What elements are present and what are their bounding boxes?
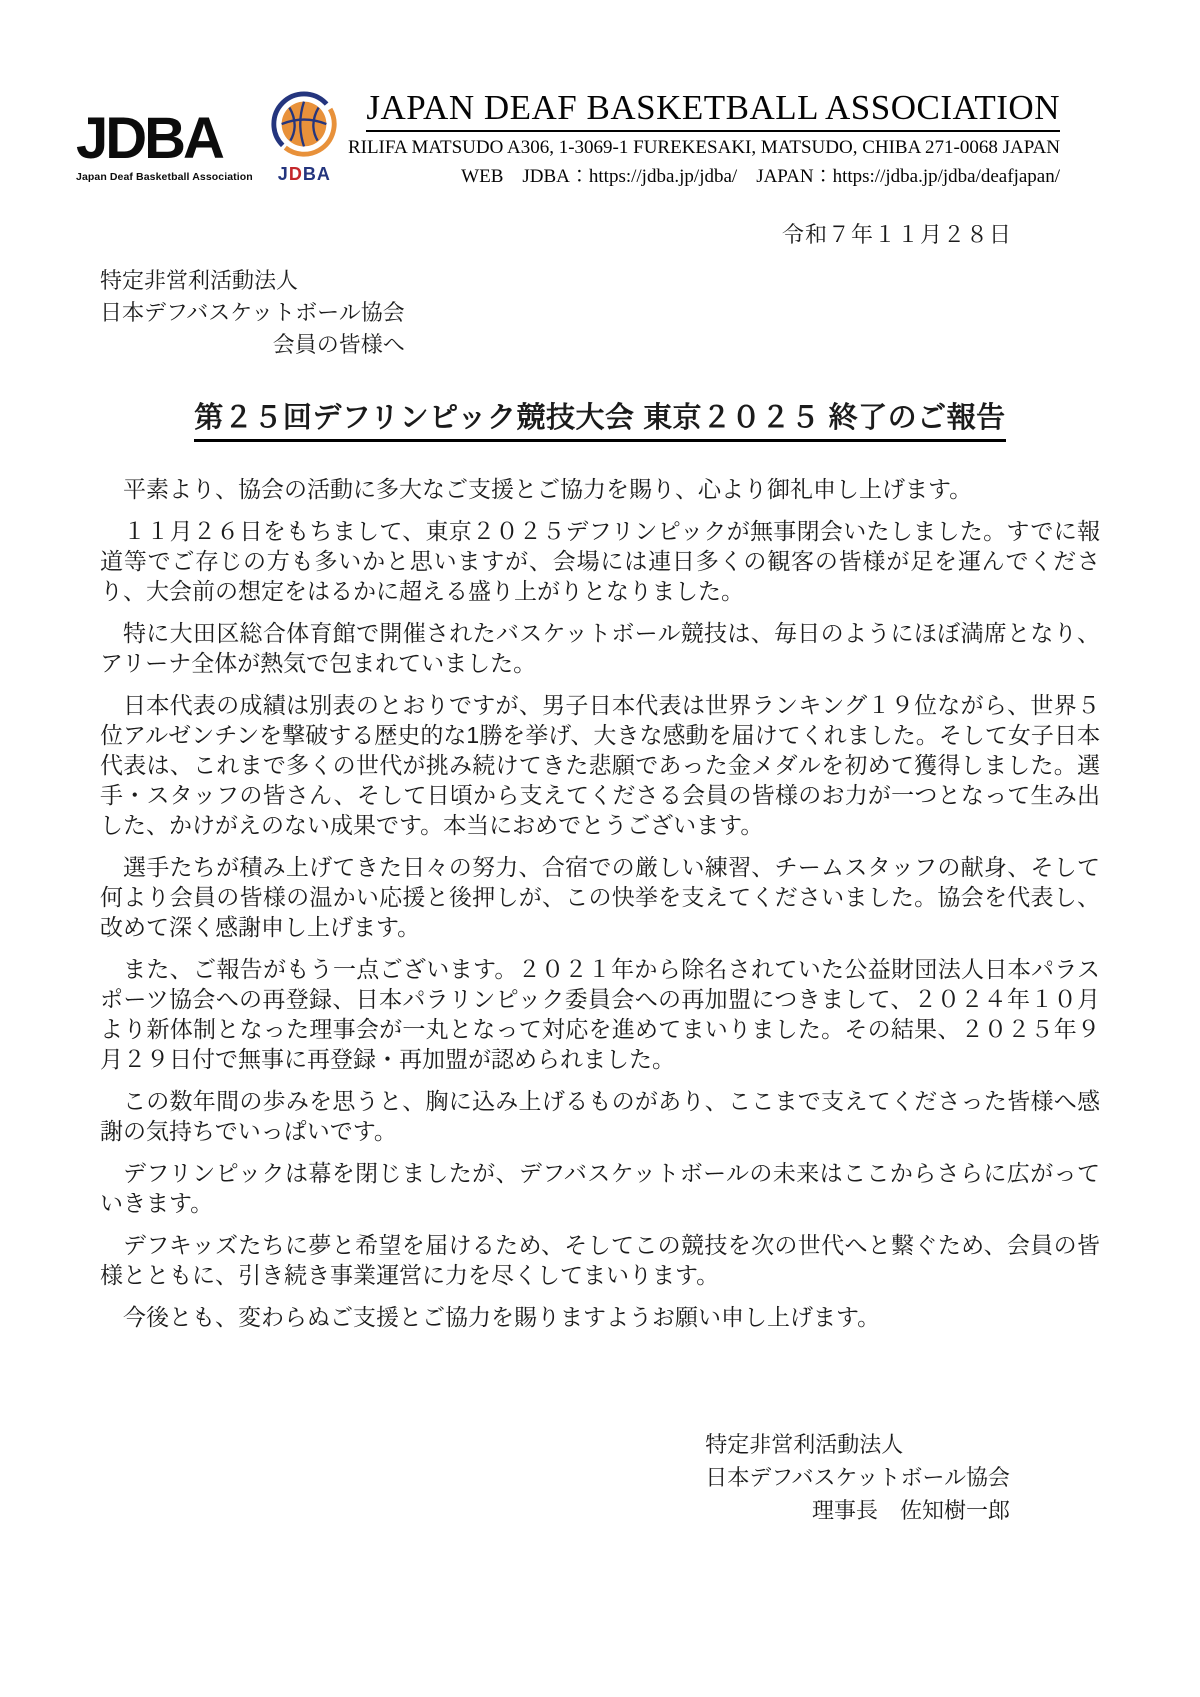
document-page: JDBA Japan Deaf Basketball Association J [0, 0, 1200, 1697]
jdba-logo: JDBA Japan Deaf Basketball Association J [76, 88, 344, 183]
recipient-line: 会員の皆様へ [100, 329, 405, 361]
document-date: 令和７年１１月２８日 [0, 218, 1200, 249]
body-paragraph: デフリンピックは幕を閉じましたが、デフバスケットボールの未来はここからさらに広が… [100, 1158, 1100, 1218]
association-address: RILIFA MATSUDO A306, 1-3069-1 FUREKESAKI… [344, 137, 1060, 159]
signature-line: 日本デフバスケットボール協会 [705, 1461, 1010, 1494]
letterhead: JDBA Japan Deaf Basketball Association J [0, 0, 1200, 188]
basketball-icon [261, 90, 347, 162]
body-paragraph: 日本代表の成績は別表のとおりですが、男子日本代表は世界ランキング１９位ながら、世… [100, 690, 1100, 840]
emblem-letter: J [278, 165, 288, 183]
signature-line: 特定非営利活動法人 [705, 1428, 1010, 1461]
emblem-letter: B [303, 165, 316, 183]
body-paragraph: １１月２６日をもちまして、東京２０２５デフリンピックが無事閉会いたしました。すで… [100, 516, 1100, 606]
body-paragraph: 平素より、協会の活動に多大なご支援とご協力を賜り、心より御礼申し上げます。 [100, 474, 1100, 504]
emblem-wordmark: J D B A [261, 165, 347, 183]
recipient-block: 特定非営利活動法人 日本デフバスケットボール協会 会員の皆様へ [100, 265, 405, 361]
body-paragraph: デフキッズたちに夢と希望を届けるため、そしてこの競技を次の世代へと繋ぐため、会員… [100, 1230, 1100, 1290]
letter-body: 平素より、協会の活動に多大なご支援とご協力を賜り、心より御礼申し上げます。 １１… [100, 474, 1100, 1332]
body-paragraph: この数年間の歩みを思うと、胸に込み上げるものがあり、ここまで支えてくださった皆様… [100, 1086, 1100, 1146]
document-title: 第２５回デフリンピック競技大会 東京２０２５ 終了のご報告 [194, 395, 1005, 442]
emblem-letter: A [317, 165, 330, 183]
jdba-tagline: Japan Deaf Basketball Association [76, 171, 253, 183]
signature-line: 理事長 佐知樹一郎 [705, 1494, 1010, 1527]
emblem-letter: D [289, 165, 302, 183]
signature-block: 特定非営利活動法人 日本デフバスケットボール協会 理事長 佐知樹一郎 [705, 1428, 1010, 1527]
association-name: JAPAN DEAF BASKETBALL ASSOCIATION [366, 88, 1060, 132]
body-paragraph: また、ご報告がもう一点ございます。２０２１年から除名されていた公益財団法人日本パ… [100, 954, 1100, 1074]
recipient-line: 特定非営利活動法人 [100, 265, 405, 297]
body-paragraph: 選手たちが積み上げてきた日々の努力、合宿での厳しい練習、チームスタッフの献身、そ… [100, 852, 1100, 942]
jdba-logo-text: JDBA Japan Deaf Basketball Association [76, 88, 253, 183]
body-paragraph: 今後とも、変わらぬご支援とご協力を賜りますようお願い申し上げます。 [100, 1302, 1100, 1332]
body-paragraph: 特に大田区総合体育館で開催されたバスケットボール競技は、毎日のようにほぼ満席とな… [100, 618, 1100, 678]
recipient-line: 日本デフバスケットボール協会 [100, 297, 405, 329]
jdba-acronym: JDBA [76, 110, 253, 168]
letterhead-text: JAPAN DEAF BASKETBALL ASSOCIATION RILIFA… [344, 88, 1060, 188]
basketball-emblem-icon: J D B A [261, 90, 347, 183]
association-web-line: WEB JDBA：https://jdba.jp/jdba/ JAPAN：htt… [344, 161, 1060, 188]
